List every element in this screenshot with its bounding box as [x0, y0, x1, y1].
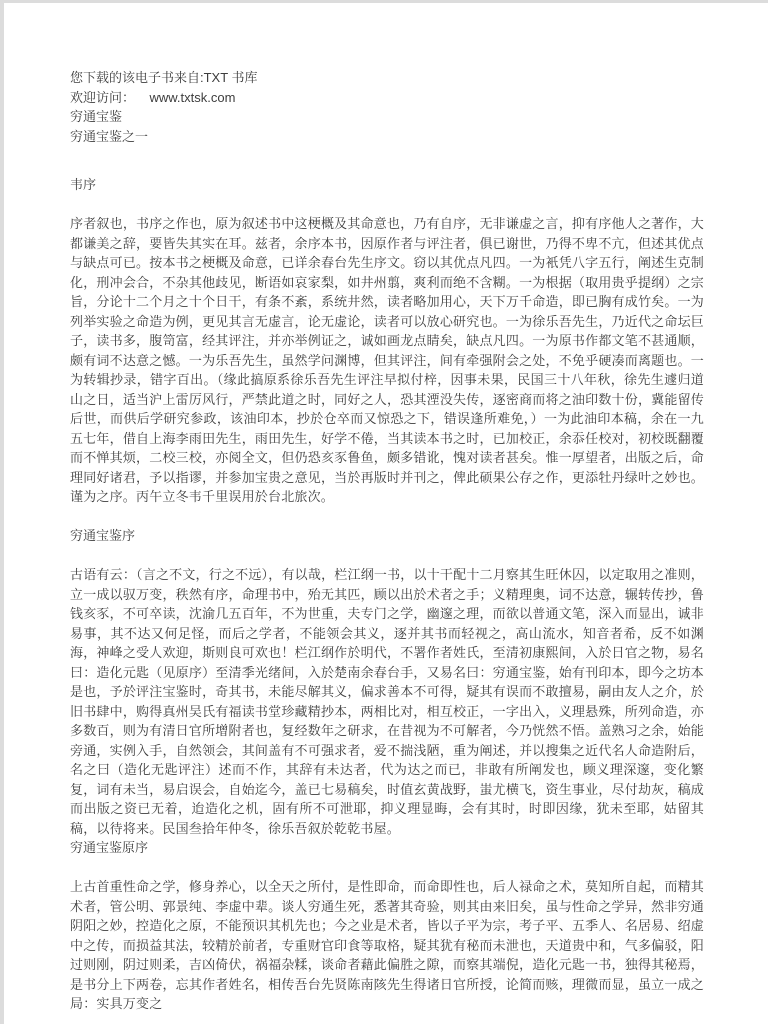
- document-page: 您下载的该电子书来自:TXT 书库 欢迎访问： www.txtsk.com 穷通…: [4, 3, 768, 1024]
- download-source-line: 您下载的该电子书来自:TXT 书库: [70, 68, 704, 88]
- book-title: 穷通宝鉴: [70, 107, 704, 127]
- paragraph-qiongtong-preface: 古语有云：（言之不文，行之不远），有以哉，栏江纲一书，以十干配十二月察其生旺休囚…: [70, 565, 704, 838]
- website-line: 欢迎访问： www.txtsk.com: [70, 88, 704, 108]
- book-part-title: 穷通宝鉴之一: [70, 127, 704, 147]
- paragraph-original-preface: 上古首重性命之学，修身养心，以全天之所付，是性即命，而命即性也，后人禄命之术，莫…: [70, 877, 704, 1014]
- paragraph-wei-preface: 序者叙也，书序之作也，原为叙述书中这梗概及其命意也，乃有自序，无非谦虚之言，抑有…: [70, 214, 704, 507]
- section-heading-original-preface: 穷通宝鉴原序: [70, 838, 704, 858]
- section-heading-wei-preface: 韦序: [70, 175, 704, 195]
- section-heading-qiongtong-preface: 穷通宝鉴序: [70, 526, 704, 546]
- ebook-header-block: 您下载的该电子书来自:TXT 书库 欢迎访问： www.txtsk.com 穷通…: [70, 68, 704, 146]
- document-viewport: 您下载的该电子书来自:TXT 书库 欢迎访问： www.txtsk.com 穷通…: [0, 0, 768, 1024]
